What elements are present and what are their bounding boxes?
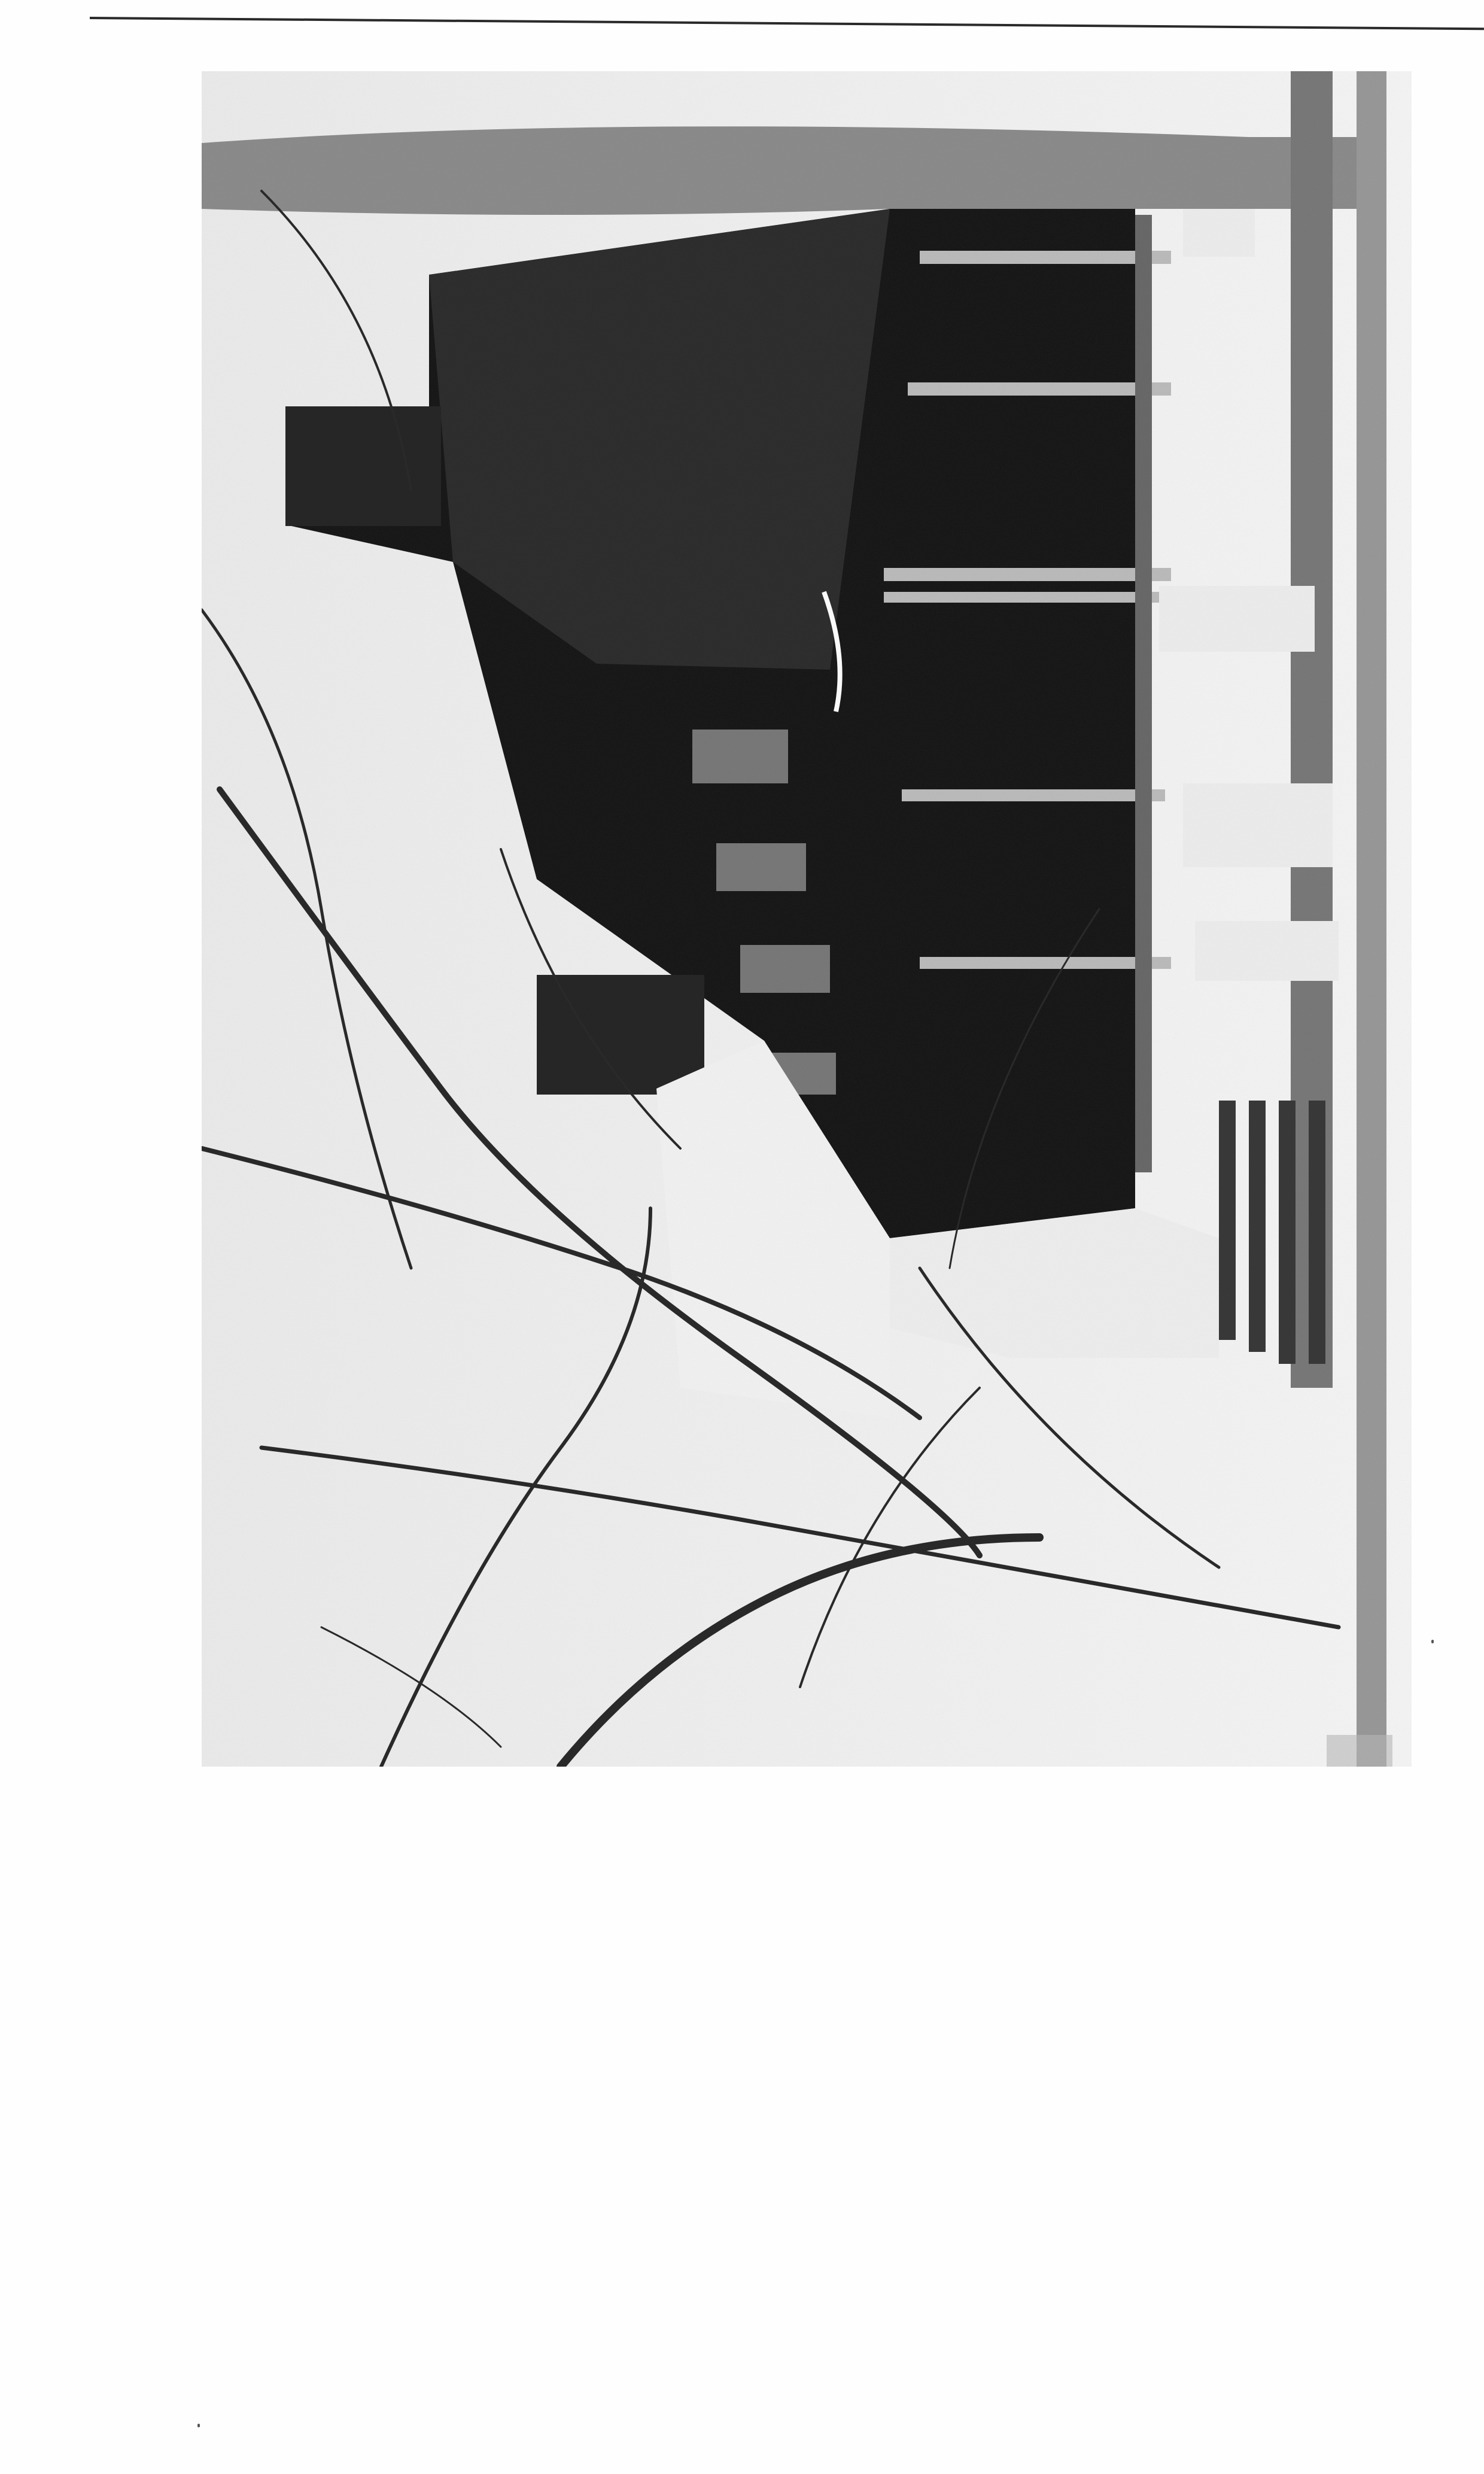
scan-speck [1431,1640,1434,1643]
photograph-rendering [202,71,1412,1767]
top-rule-line [90,17,1484,30]
scan-speck [197,2424,200,2427]
document-page [0,0,1484,2474]
archival-photograph [202,71,1412,1767]
